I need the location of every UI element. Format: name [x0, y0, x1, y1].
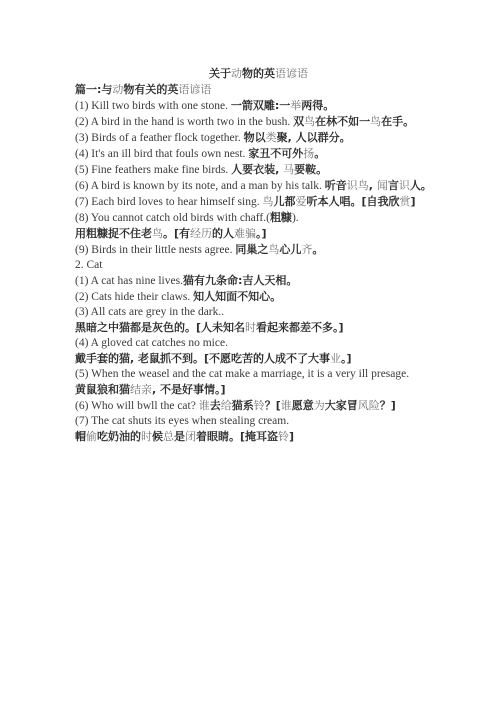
text-segment: (4) It's an ill bird that fouls own nest… — [75, 148, 248, 160]
text-segment: , — [369, 179, 377, 192]
text-segment: ？[ — [265, 399, 281, 412]
text-segment: (8) You cannot catch old birds with chaf… — [75, 212, 270, 224]
cat-proverb-5-translation: 黄鼠狼和猫结亲, 不是好事情。] — [75, 382, 442, 398]
text-segment: (6) Who will bwll the cat? — [75, 400, 199, 412]
bird-proverb-4: (4) It's an ill bird that fouls own nest… — [75, 146, 442, 162]
text-segment: 难骗 — [234, 227, 256, 240]
document-title: 关于动物的英语谚语 — [75, 66, 442, 82]
text-segment: 着眼睛。[掩耳盗 — [196, 430, 278, 443]
text-segment: 用粗糠捉不住老 — [75, 227, 152, 240]
document-page: 关于动物的英语谚语篇一:与动物有关的英语谚语(1) Kill two birds… — [0, 0, 500, 707]
text-segment: 偷 — [86, 430, 97, 443]
text-segment: 类 — [266, 131, 277, 144]
text-segment: 心儿 — [279, 243, 301, 256]
bird-proverb-6: (6) A bird is known by its note, and a m… — [75, 178, 442, 194]
text-segment: 是 — [174, 430, 185, 443]
text-segment: 粗糠 — [270, 211, 292, 224]
cat-proverb-1: (1) A cat has nine lives.猫有九条命:吉人天相。 — [75, 273, 442, 289]
text-segment: 识 — [399, 179, 410, 192]
cat-proverb-3: (3) All cats are grey in the dark.. — [75, 305, 442, 320]
text-segment: 谁 — [199, 399, 210, 412]
text-segment: 业 — [330, 352, 341, 365]
text-segment: 篇一:与 — [75, 83, 112, 96]
text-segment: (1) A cat has nine lives. — [75, 275, 183, 287]
text-segment: 鸟 — [268, 243, 279, 256]
text-segment: 结亲 — [130, 383, 152, 396]
bird-proverb-8-translation: 用粗糠捉不住老鸟。[有经历的人难骗。] — [75, 226, 442, 242]
text-segment: 物有关的英 — [123, 83, 178, 96]
bird-proverb-2: (2) A bird in the hand is worth two in t… — [75, 114, 442, 130]
text-segment: 谁 — [281, 399, 292, 412]
text-segment: 看起来都差不多。] — [256, 321, 344, 334]
text-segment: 为 — [314, 399, 325, 412]
text-segment: 经历 — [190, 227, 212, 240]
text-segment: 黄鼠狼和猫 — [75, 383, 130, 396]
text-segment: , 不是好事情。] — [152, 383, 226, 396]
text-segment: 人。 — [410, 179, 432, 192]
text-segment: 闻 — [377, 179, 388, 192]
text-segment: 齐 — [301, 243, 312, 256]
text-segment: 家丑不可外 — [248, 147, 303, 160]
text-segment: 鸟 — [152, 227, 163, 240]
document-body: 关于动物的英语谚语篇一:与动物有关的英语谚语(1) Kill two birds… — [75, 66, 442, 445]
text-segment: (3) All cats are grey in the dark.. — [75, 306, 224, 318]
text-segment: 戴手套的猫, 老鼠抓不到。[不愿吃苦的人成不了大事 — [75, 352, 330, 365]
text-segment: 知人知面不知心。 — [193, 290, 281, 303]
bird-proverb-8: (8) You cannot catch old birds with chaf… — [75, 210, 442, 226]
cat-proverb-3-translation: 黑暗之中猫都是灰色的。[人未知名时看起来都差不多。] — [75, 320, 442, 336]
cat-proverb-7: (7) The cat shuts its eyes when stealing… — [75, 414, 442, 429]
text-segment: 双 — [293, 115, 304, 128]
bird-proverb-1: (1) Kill two birds with one stone. 一箭双雕:… — [75, 98, 442, 114]
text-segment: (9) Birds in their little nests agree. — [75, 244, 235, 256]
text-segment: 在林不如一 — [315, 115, 370, 128]
text-segment: 扬 — [303, 147, 314, 160]
text-segment: 物以 — [244, 131, 266, 144]
text-segment: 两得。 — [301, 99, 334, 112]
text-segment: 赏 — [400, 195, 411, 208]
text-segment: 。[有 — [163, 227, 190, 240]
cat-proverb-4-translation: 戴手套的猫, 老鼠抓不到。[不愿吃苦的人成不了大事业。] — [75, 351, 442, 367]
text-segment: (4) A gloved cat catches no mice. — [75, 337, 228, 349]
text-segment: 大家冒 — [325, 399, 358, 412]
text-segment: 鸟 — [262, 195, 273, 208]
bird-proverb-3: (3) Birds of a feather flock together. 物… — [75, 130, 442, 146]
text-segment: 人要衣装, — [231, 163, 283, 176]
text-segment: 动 — [231, 67, 242, 80]
text-segment: (7) The cat shuts its eyes when stealing… — [75, 415, 289, 427]
text-segment: 要鞍。 — [294, 163, 327, 176]
text-segment: 2. Cat — [75, 259, 102, 271]
text-segment: 听本人唱。[自我欣 — [306, 195, 399, 208]
text-segment: 儿都 — [273, 195, 295, 208]
text-segment: 愿意 — [292, 399, 314, 412]
text-segment: 风险 — [358, 399, 380, 412]
section-one-heading: 篇一:与动物有关的英语谚语 — [75, 82, 442, 98]
text-segment: 一箭双雕:一 — [231, 99, 290, 112]
text-segment: 在手。 — [381, 115, 414, 128]
text-segment: 铃 — [254, 399, 265, 412]
text-segment: 语谚语 — [178, 83, 211, 96]
text-segment: 同巢之 — [235, 243, 268, 256]
bird-proverb-7: (7) Each bird loves to hear himself sing… — [75, 194, 442, 210]
text-segment: 听音 — [325, 179, 347, 192]
text-segment: 去 — [210, 399, 221, 412]
text-segment: 马 — [283, 163, 294, 176]
text-segment: 关于 — [209, 67, 231, 80]
text-segment: 聚, 人以群分。 — [277, 131, 351, 144]
text-segment: 黑暗之中猫都是灰色的。[人未知名 — [75, 321, 245, 334]
text-segment: 。] — [256, 227, 267, 240]
text-segment: (7) Each bird loves to hear himself sing… — [75, 196, 262, 208]
text-segment: 鸟 — [304, 115, 315, 128]
cat-proverb-4: (4) A gloved cat catches no mice. — [75, 336, 442, 351]
text-segment: 言 — [388, 179, 399, 192]
bird-proverb-9: (9) Birds in their little nests agree. 同… — [75, 242, 442, 258]
text-segment: (3) Birds of a feather flock together. — [75, 132, 244, 144]
text-segment: 识鸟 — [347, 179, 369, 192]
text-segment: 。 — [312, 243, 323, 256]
text-segment: ？] — [380, 399, 396, 412]
text-segment: 鸟 — [370, 115, 381, 128]
text-segment: 爱 — [295, 195, 306, 208]
cat-proverb-7-translation: 帽偷吃奶油的时候总是闭着眼睛。[掩耳盗铃] — [75, 429, 442, 445]
text-segment: 。] — [341, 352, 352, 365]
cat-proverb-5: (5) When the weasel and the cat make a m… — [75, 367, 442, 382]
cat-proverb-6: (6) Who will bwll the cat? 谁去给猫系铃？[谁愿意为大… — [75, 398, 442, 414]
text-segment: (5) Fine feathers make fine birds. — [75, 164, 231, 176]
text-segment: 语谚语 — [275, 67, 308, 80]
text-segment: 猫系 — [232, 399, 254, 412]
text-segment: 铃 — [278, 430, 289, 443]
cat-section-heading: 2. Cat — [75, 258, 442, 273]
text-segment: 猫有九条命:吉人天相。 — [183, 274, 297, 287]
text-segment: ] — [411, 195, 416, 208]
text-segment: (2) A bird in the hand is worth two in t… — [75, 116, 293, 128]
text-segment: (2) Cats hide their claws. — [75, 291, 193, 303]
text-segment: 的人 — [212, 227, 234, 240]
text-segment: 闭 — [185, 430, 196, 443]
text-segment: 时 — [245, 321, 256, 334]
text-segment: 举 — [290, 99, 301, 112]
bird-proverb-5: (5) Fine feathers make fine birds. 人要衣装,… — [75, 162, 442, 178]
text-segment: 动 — [112, 83, 123, 96]
text-segment: 总 — [163, 430, 174, 443]
text-segment: 时 — [141, 430, 152, 443]
text-segment: ] — [289, 430, 294, 443]
text-segment: (1) Kill two birds with one stone. — [75, 100, 231, 112]
text-segment: (5) When the weasel and the cat make a m… — [75, 368, 409, 380]
text-segment: 候 — [152, 430, 163, 443]
text-segment: 。 — [314, 147, 325, 160]
text-segment: ). — [292, 212, 299, 224]
text-segment: (6) A bird is known by its note, and a m… — [75, 180, 325, 192]
text-segment: 给 — [221, 399, 232, 412]
text-segment: 帽 — [75, 430, 86, 443]
cat-proverb-2: (2) Cats hide their claws. 知人知面不知心。 — [75, 289, 442, 305]
text-segment: 吃奶油的 — [97, 430, 141, 443]
text-segment: 物的英 — [242, 67, 275, 80]
